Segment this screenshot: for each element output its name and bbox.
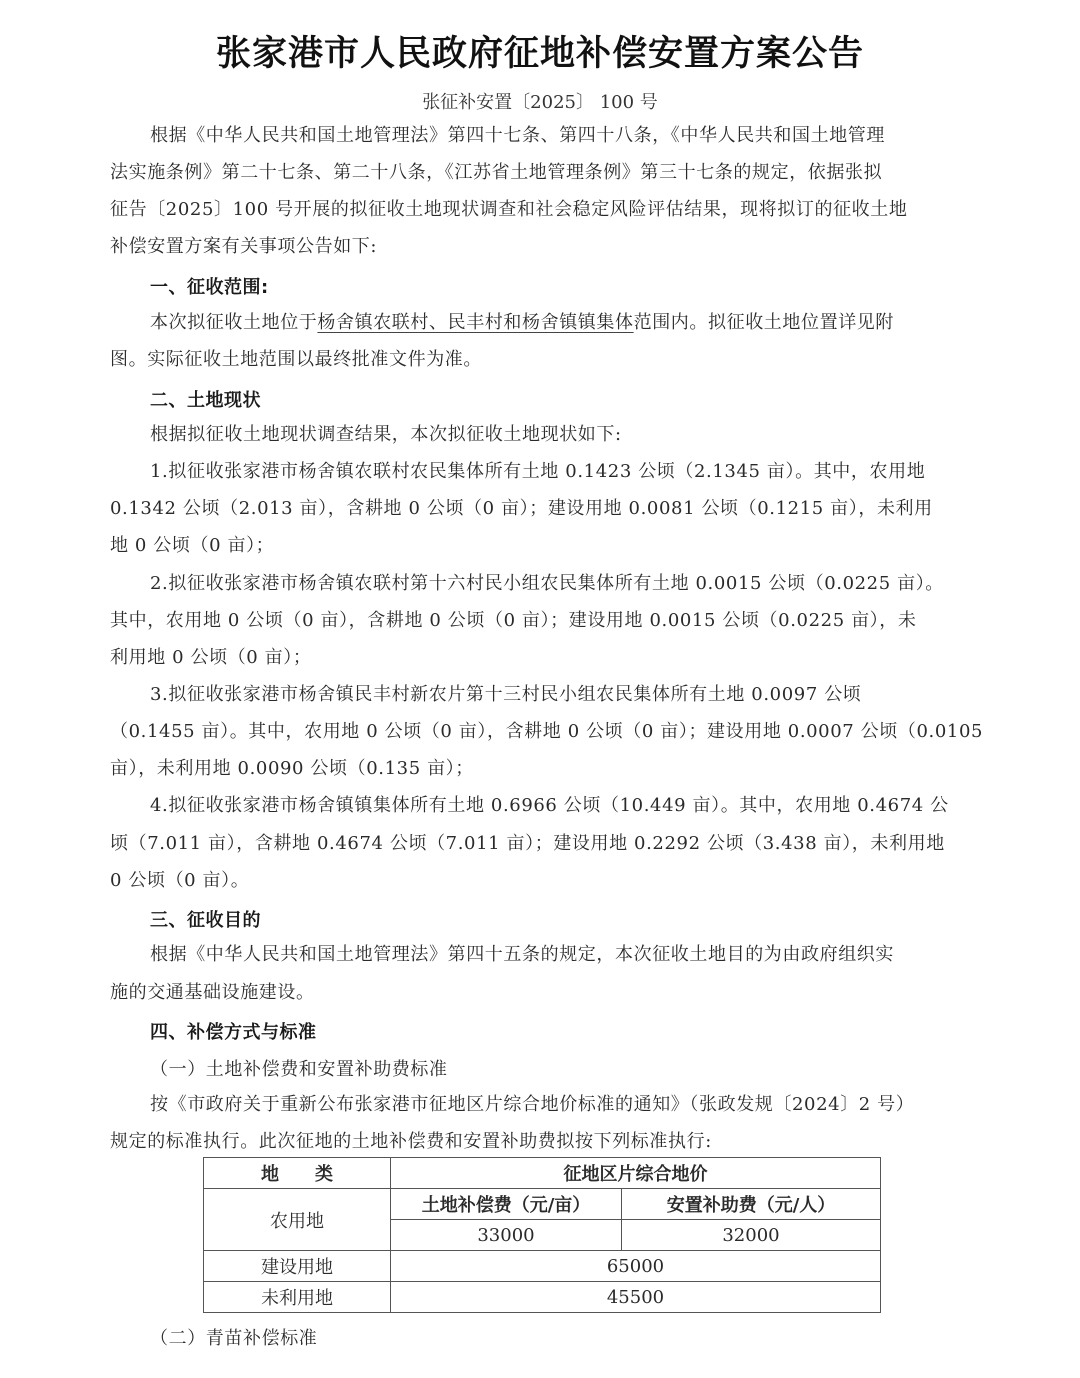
section-4-heading: 四、补偿方式与标准 [150, 1018, 317, 1044]
section-1-heading: 一、征收范围: [150, 273, 269, 299]
item-3-line-3: 亩），未利用地 0.0090 公顷（0.135 亩）； [110, 757, 972, 781]
section-2-heading: 二、土地现状 [150, 386, 261, 412]
item-1-line-2: 0.1342 公顷（2.013 亩），含耕地 0 公顷（0 亩）；建设用地 0.… [110, 497, 972, 521]
header-composite-price: 征地区片综合地价 [391, 1158, 881, 1189]
item-3-line-1: 3.拟征收张家港市杨舍镇民丰村新农片第十三村民小组农民集体所有土地 0.0097… [150, 683, 972, 707]
section-4-sub-1-heading: （一）土地补偿费和安置补助费标准 [150, 1055, 448, 1081]
item-4-line-3: 0 公顷（0 亩）。 [110, 869, 972, 893]
item-1-line-1: 1.拟征收张家港市杨舍镇农联村农民集体所有土地 0.1423 公顷（2.1345… [150, 460, 972, 484]
agricultural-compensation-value: 33000 [391, 1220, 622, 1251]
document-title: 张家港市人民政府征地补偿安置方案公告 [0, 26, 1080, 76]
intro-line-2: 法实施条例》第二十七条、第二十八条，《江苏省土地管理条例》第三十七条的规定，依据… [110, 161, 972, 185]
construction-price-value: 65000 [391, 1251, 881, 1282]
intro-line-4: 补偿安置方案有关事项公告如下: [110, 235, 972, 259]
section-1-line-1: 本次拟征收土地位于杨舍镇农联村、民丰村和杨舍镇镇集体范围内。拟征收土地位置详见附 [150, 311, 972, 335]
unused-price-value: 45500 [391, 1282, 881, 1313]
item-1-line-3: 地 0 公顷（0 亩）； [110, 534, 972, 558]
section-2-intro: 根据拟征收土地现状调查结果，本次拟征收土地现状如下: [150, 423, 972, 447]
announcement-page: 张家港市人民政府征地补偿安置方案公告 张征补安置〔2025〕 100 号 根据《… [0, 0, 1080, 1378]
intro-line-1: 根据《中华人民共和国土地管理法》第四十七条、第四十八条，《中华人民共和国土地管理 [150, 124, 972, 148]
section-4-sub-1-line-2: 规定的标准执行。此次征地的土地补偿费和安置补助费拟按下列标准执行: [110, 1130, 972, 1154]
header-resettlement-subsidy: 安置补助费（元/人） [622, 1189, 881, 1220]
section-3-line-2: 施的交通基础设施建设。 [110, 981, 972, 1005]
item-4-line-2: 顷（7.011 亩），含耕地 0.4674 公顷（7.011 亩）；建设用地 0… [110, 832, 972, 856]
header-land-type: 地 类 [204, 1158, 391, 1189]
item-3-line-2: （0.1455 亩）。其中，农用地 0 公顷（0 亩），含耕地 0 公顷（0 亩… [110, 720, 972, 744]
item-2-line-1: 2.拟征收张家港市杨舍镇农联村第十六村民小组农民集体所有土地 0.0015 公顷… [150, 572, 972, 596]
section-3-line-1: 根据《中华人民共和国土地管理法》第四十五条的规定，本次征收土地目的为由政府组织实 [150, 943, 972, 967]
scope-locations: 杨舍镇农联村、民丰村和杨舍镇镇集体 [317, 312, 633, 333]
section-4-sub-2-heading: （二）青苗补偿标准 [150, 1324, 317, 1350]
header-land-compensation: 土地补偿费（元/亩） [391, 1189, 622, 1220]
scope-prefix: 本次拟征收土地位于 [150, 312, 317, 333]
row-type-agricultural: 农用地 [204, 1189, 391, 1251]
row-type-unused: 未利用地 [204, 1282, 391, 1313]
intro-line-3: 征告〔2025〕100 号开展的拟征收土地现状调查和社会稳定风险评估结果，现将拟… [110, 198, 972, 222]
table-subheader-row: 农用地 土地补偿费（元/亩） 安置补助费（元/人） [204, 1189, 881, 1220]
agricultural-resettlement-value: 32000 [622, 1220, 881, 1251]
compensation-standards-table: 地 类 征地区片综合地价 农用地 土地补偿费（元/亩） 安置补助费（元/人） 3… [203, 1157, 881, 1313]
table-header-row: 地 类 征地区片综合地价 [204, 1158, 881, 1189]
item-2-line-2: 其中，农用地 0 公顷（0 亩），含耕地 0 公顷（0 亩）；建设用地 0.00… [110, 609, 972, 633]
item-2-line-3: 利用地 0 公顷（0 亩）； [110, 646, 972, 670]
section-3-heading: 三、征收目的 [150, 906, 261, 932]
section-1-line-2: 图。实际征收土地范围以最终批准文件为准。 [110, 348, 972, 372]
scope-suffix: 范围内。拟征收土地位置详见附 [634, 312, 894, 333]
section-4-sub-1-line-1: 按《市政府关于重新公布张家港市征地区片综合地价标准的通知》（张政发规〔2024〕… [150, 1093, 972, 1117]
table-row: 建设用地 65000 [204, 1251, 881, 1282]
table-row: 未利用地 45500 [204, 1282, 881, 1313]
item-4-line-1: 4.拟征收张家港市杨舍镇镇集体所有土地 0.6966 公顷（10.449 亩）。… [150, 794, 972, 818]
row-type-construction: 建设用地 [204, 1251, 391, 1282]
document-number: 张征补安置〔2025〕 100 号 [0, 88, 1080, 114]
